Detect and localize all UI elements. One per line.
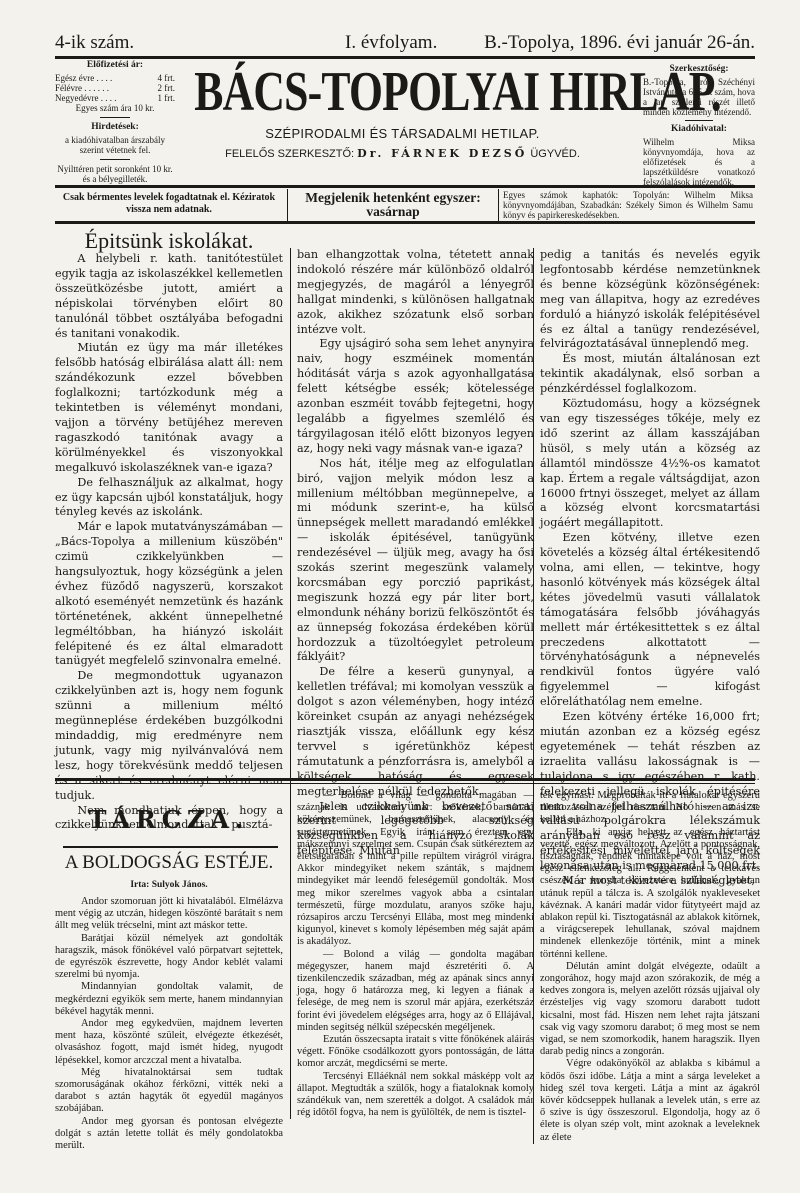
newspaper-page: 4-ik szám. I. évfolyam. B.-Topolya, 1896… [55, 0, 755, 1193]
publisher-text: Wilhelm Miksa könyvnyomdája, hova az elő… [643, 137, 755, 187]
publisher-title: Kiadóhivatal: [643, 124, 755, 134]
paragraph: Délután amint dolgát elvégezte, odaült a… [540, 961, 760, 1059]
info-bar: Csak bérmentes levelek fogadtatnak el. K… [55, 189, 755, 219]
paragraph: Köztudomásu, hogy a községnek van egy ti… [540, 397, 760, 531]
article-title: Épitsünk iskolákat. [55, 228, 283, 254]
paragraph: Még hivatalnoktársai sem tudtak szomorus… [55, 1067, 283, 1116]
paragraph: Ezen kötvény, illetve ezen követelés a k… [540, 531, 760, 710]
price-row: Egész évre . . . .4 frt. [55, 73, 175, 83]
paragraph: Végre odakönyököl az ablakba s kibámul a… [540, 1058, 760, 1143]
paragraph: Nos hát, itélje meg az elfogulatlan biró… [297, 457, 534, 666]
ads-text: a kiadóhivatalban árszabály szerint véte… [55, 135, 175, 155]
feuilleton-rule [55, 778, 755, 781]
divider [685, 120, 713, 121]
newspaper-title: BÁCS-TOPOLYAI HIRLAP. [194, 62, 721, 122]
responsible-editor: FELELŐS SZERKESZTŐ: Dr. FÁRNEK DEZSŐ ÜGY… [180, 147, 625, 160]
price-row: Negyedévre . . . .1 frt. [55, 93, 175, 103]
paragraph: Már e lapok mutatványszámában — „Bács-To… [55, 520, 283, 669]
paragraph: Mindannyian gondoltak valamit, de megkér… [55, 981, 283, 1018]
story-title: A BOLDOGSÁG ESTÉJE. [55, 852, 283, 874]
tarcza-rule [63, 846, 278, 848]
paragraph: És most, miután általánosan ezt tekintik… [540, 352, 760, 397]
header-rule [55, 56, 755, 59]
frequency-notice: Megjelenik hetenként egyszer: vasárnap [287, 189, 499, 221]
paragraph: Andor meg gyorsan és pontosan elvégezte … [55, 1116, 283, 1153]
paragraph: A helybeli r. kath. tanitótestület egyik… [55, 252, 283, 341]
copies-notice: Egyes számok kaphatók: Topolyán: Wilhelm… [503, 189, 753, 220]
editor-name: Dr. FÁRNEK DEZSŐ [357, 147, 527, 160]
feuilleton-column-3: ték egymást. Megpróbálták itt a fiatalok… [533, 790, 760, 1144]
paragraph: Ezután összecsapta iratait s vitte főnök… [297, 1034, 534, 1071]
paragraph: ban elhangzottak volna, tétetett annak i… [297, 248, 534, 337]
tarcza-heading: TÁRCZA. [55, 805, 283, 834]
issue-number: 4-ik szám. [55, 32, 134, 54]
publication-date: B.-Topolya, 1896. évi január 26-án. [484, 32, 755, 54]
paragraph: — Bolond a világ — gondolta magában — sz… [297, 790, 534, 949]
letters-notice: Csak bérmentes levelek fogadtatnak el. K… [55, 189, 283, 222]
paragraph: Barátjai közül némelyek azt gondolták ha… [55, 933, 283, 982]
feuilleton-rule [55, 783, 755, 784]
editorial-title: Szerkesztőség: [643, 64, 755, 74]
paragraph: ték egymást. Megpróbálták itt a fiatalok… [540, 790, 760, 827]
single-copy-price: Egyes szám ára 10 kr. [55, 103, 175, 113]
paragraph: De felhasználjuk az alkalmat, hogy ez üg… [55, 476, 283, 521]
paragraph: Miután ez ügy ma már illetékes felsőbb h… [55, 341, 283, 475]
paragraph: Andor szomoruan jött ki hivatalából. Elm… [55, 896, 283, 933]
story-author: Irta: Sulyok János. [55, 880, 283, 890]
dateline: 4-ik szám. I. évfolyam. B.-Topolya, 1896… [55, 28, 755, 54]
ads-title: Hirdetések: [55, 122, 175, 132]
feuilleton-column-1: Andor szomoruan jött ki hivatalából. Elm… [55, 896, 283, 1152]
divider [100, 159, 130, 160]
subscription-box: Előfizetési ár: Egész évre . . . .4 frt.… [55, 60, 175, 184]
article-column-2: ban elhangzottak volna, tétetett annak i… [290, 248, 534, 859]
newspaper-subtitle: SZÉPIRODALMI ÉS TÁRSADALMI HETILAP. [180, 126, 625, 141]
paragraph: Egy ujságiró soha sem lehet anynyira nai… [297, 337, 534, 456]
paragraph: pedig a tanitás és nevelés egyik legfont… [540, 248, 760, 352]
paragraph: Tercsényi Elláéknál nem sokkal másképp v… [297, 1071, 534, 1120]
masthead: BÁCS-TOPOLYAI HIRLAP. SZÉPIRODALMI ÉS TÁ… [180, 62, 625, 160]
paragraph: Andor meg egykedvüen, majdnem leverten m… [55, 1018, 283, 1067]
subscription-title: Előfizetési ár: [55, 60, 175, 70]
infobar-top-rule [55, 185, 755, 188]
price-row: Félévre . . . . . .2 frt. [55, 83, 175, 93]
editorial-box: Szerkesztőség: B.-Topolya, Gróf Széchény… [643, 62, 755, 187]
editorial-text: B.-Topolya, Gróf Széchényi István utcza … [643, 77, 755, 117]
paragraph: Ella, ki anyja helyett az egész háztartá… [540, 827, 760, 961]
divider [100, 117, 130, 118]
feuilleton-column-2: — Bolond a világ — gondolta magában — sz… [290, 790, 534, 1119]
infobar-bottom-rule [55, 221, 755, 224]
volume-year: I. évfolyam. [345, 32, 437, 54]
paragraph: — Bolond a világ — gondolta magában mége… [297, 949, 534, 1034]
nyilter-text: Nyilttéren petit soronként 10 kr. és a b… [55, 164, 175, 184]
article-column-1: A helybeli r. kath. tanitótestület egyik… [55, 252, 283, 833]
